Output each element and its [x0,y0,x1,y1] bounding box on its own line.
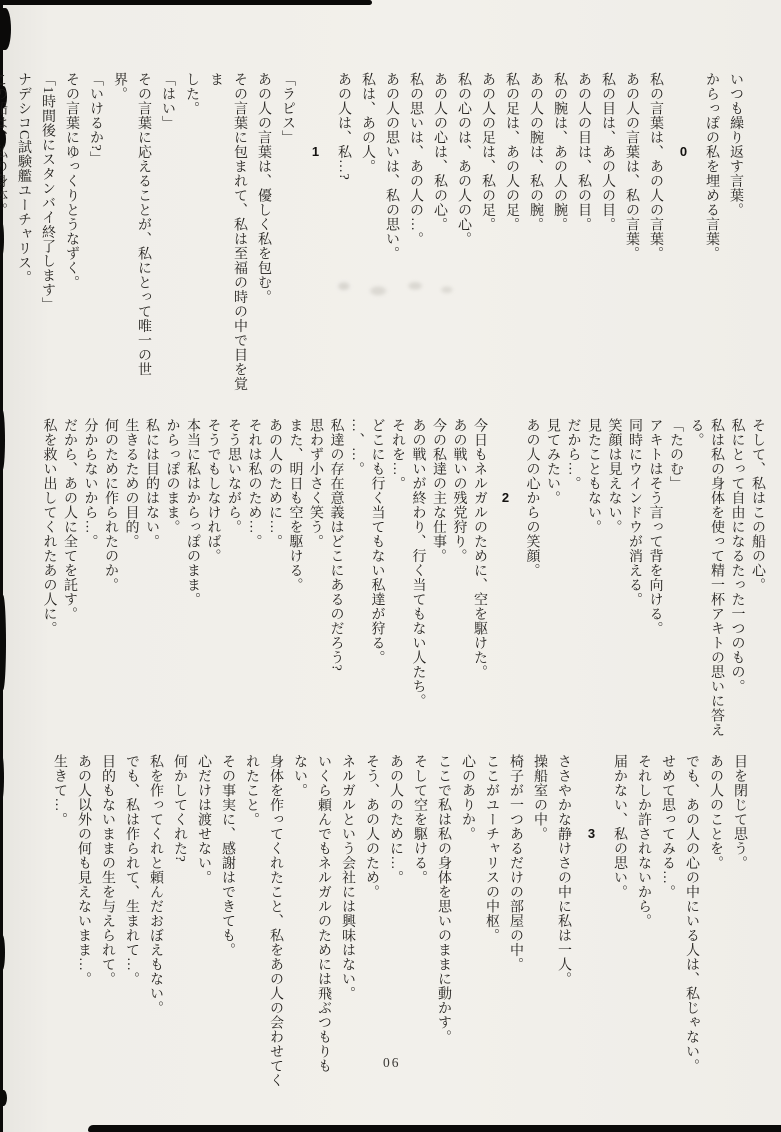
text-band-bottom: 目を閉じて思う。あの人のことを。でも、あの人の心の中にいる人は、私じゃない。せめ… [47,754,751,1094]
text-column: あの人の目は、私の目。 [571,72,595,404]
text-column: あの人の心は、私の心。 [427,72,451,404]
text-column: 私の目は、あの人の目。 [595,72,619,404]
text-column: 「ラピス」 [275,72,299,404]
text-column: ここで私は私の身体を思いのままに動かす。 [431,754,455,1094]
text-column: あの人のために…。 [383,754,407,1094]
text-column: ナデシコC試験艦ユーチャリス。 [11,72,35,404]
text-column: また、明日も空を駆ける。 [284,418,305,748]
text-column: いくら頼んでもネルガルのためには飛ぶつもりも [311,754,335,1094]
text-column: あの人は、私…? [331,72,355,404]
text-column: 私の言葉は、あの人の言葉。 [643,72,667,404]
text-column: 目的もないままの生を与えられて。 [95,754,119,1094]
page-number: 06 [383,1055,401,1071]
text-column: でも、私は作られて、生まれて…。 [119,754,143,1094]
text-column: 「いけるか?」 [83,72,107,404]
text-column: 同時にウインドウが消える。 [624,418,645,748]
text-column: それを…。 [387,418,408,748]
text-column: 届かない、私の思い。 [607,754,631,1094]
text-column: あの戦いの残党狩り。 [448,418,469,748]
scanned-page: いつも繰り返す言葉。からっぽの私を埋める言葉。0私の言葉は、あの人の言葉。あの人… [0,0,781,1132]
text-column: からっぽのまま。 [161,418,182,748]
text-column: せめて思ってみる…。 [655,754,679,1094]
text-column: 私の腕は、あの人の腕。 [547,72,571,404]
text-column: あの人の言葉は、優しく私を包む。 [251,72,275,404]
text-column: 生きて…。 [47,754,71,1094]
text-column: 操船室の中。 [527,754,551,1094]
text-column: そして、私はこの船の心。 [747,418,768,748]
text-column: 何かしてくれた? [167,754,191,1094]
text-column: 「はい」 [155,72,179,404]
section-marker-1: 1 [304,72,326,404]
text-column: 見てみたい。 [542,418,563,748]
section-marker-3: 3 [580,754,602,1094]
text-column: ここがユーチャリスの中枢。 [479,754,503,1094]
text-column: どこにも行く当てもない私達が狩る。 [366,418,387,748]
text-column: だから…。 [562,418,583,748]
text-column: 私を救い出してくれたあの人に。 [38,418,59,748]
text-column: あの人の思いは、私の思い。 [379,72,403,404]
scan-blotch [0,755,4,800]
text-column: 本当に私はからっぽのまま。 [182,418,203,748]
text-column: あの人の腕は、私の腕。 [523,72,547,404]
text-column: 私の心のは、あの人の心。 [451,72,475,404]
section-marker-0: 0 [672,72,694,404]
text-column: 椅子が一つあるだけの部屋の中。 [503,754,527,1094]
text-column: あの戦いが終わり、行く当てもない人たち。 [407,418,428,748]
text-column: あの人以外の何も見えないまま…。 [71,754,95,1094]
text-column: ささやかな静けさの中に私は一人。 [551,754,575,1094]
text-column: 私の思いは、あの人の…。 [403,72,427,404]
scan-blotch [0,935,5,970]
text-column: 私は、あの人。 [355,72,379,404]
text-column: その言葉にゆっくりとうなずく。 [59,72,83,404]
text-column: その言葉に応えることが、私にとって唯一の世界。 [107,72,155,404]
text-column: この船は、私の身体。 [0,72,11,404]
text-column: …、…。 [346,418,367,748]
scan-blotch [0,1090,7,1106]
text-column: 心のありか。 [455,754,479,1094]
text-band-middle: そして、私はこの船の心。私にとって自由になるたった一つのもの。私は私の身体を使っ… [38,418,767,748]
scan-blotch [0,410,5,470]
text-column: 分からないから…。 [79,418,100,748]
text-column: それしか許されないから。 [631,754,655,1094]
text-column: そう思いながら。 [223,418,244,748]
text-column: 私には目的はない。 [141,418,162,748]
text-column: それは私のため…。 [243,418,264,748]
text-column: 今日もネルガルのために、空を駆けた。 [469,418,490,748]
text-column: あの人の言葉は、私の言葉。 [619,72,643,404]
text-column: ない。 [287,754,311,1094]
text-column: そう、あの人のため。 [359,754,383,1094]
text-band-top: いつも繰り返す言葉。からっぽの私を埋める言葉。0私の言葉は、あの人の言葉。あの人… [0,72,747,404]
text-column: 生きるための目的。 [120,418,141,748]
text-column: アキトはそう言って背を向ける。 [644,418,665,748]
scan-blotch [0,8,11,50]
text-column: 思わず小さく笑う。 [305,418,326,748]
text-column: そうでもしなければ。 [202,418,223,748]
text-column: あの人の足は、私の足。 [475,72,499,404]
text-column: 私にとって自由になるたった一つのもの。 [726,418,747,748]
scan-blotch [0,595,6,690]
text-column: そして空を駆ける。 [407,754,431,1094]
text-column: 心だけは渡せない。 [191,754,215,1094]
text-column: でも、あの人の心の中にいる人は、私じゃない。 [679,754,703,1094]
section-marker-2: 2 [494,418,516,748]
text-column: 身体を作ってくれたこと、私をあの人の会わせてく [263,754,287,1094]
text-column: 私の足は、あの人の足。 [499,72,523,404]
text-column: 私は私の身体を使って精一杯アキトの思いに答え [706,418,727,748]
text-column: 目を閉じて思う。 [727,754,751,1094]
text-column: 何のために作られたのか。 [100,418,121,748]
text-column: からっぽの私を埋める言葉。 [699,72,723,404]
text-column: ネルガルという会社には興味はない。 [335,754,359,1094]
text-column: 「たのむ」 [665,418,686,748]
scan-edge-bottom [88,1125,781,1132]
text-column: いつも繰り返す言葉。 [723,72,747,404]
text-column: 「1時間後にスタンバイ終了します」 [35,72,59,404]
text-column: その事実に、感謝はできても。 [215,754,239,1094]
text-column: る。 [685,418,706,748]
text-column: その言葉に包まれて、私は至福の時の中で目を覚ま [203,72,251,404]
scan-edge-top [0,0,372,5]
text-column: あの人のために…。 [264,418,285,748]
text-column: あの人の心からの笑顔。 [521,418,542,748]
text-column: した。 [179,72,203,404]
text-column: 私を作ってくれと頼んだおぼえもない。 [143,754,167,1094]
text-column: 私達の存在意義はどこにあるのだろう? [325,418,346,748]
text-column: 笑顔は見えない。 [603,418,624,748]
text-column: 今の私達の主な仕事。 [428,418,449,748]
text-column: れたこと。 [239,754,263,1094]
text-column: だから、あの人に全てを託す。 [59,418,80,748]
text-column: 見たこともない。 [583,418,604,748]
text-column: あの人のことを。 [703,754,727,1094]
